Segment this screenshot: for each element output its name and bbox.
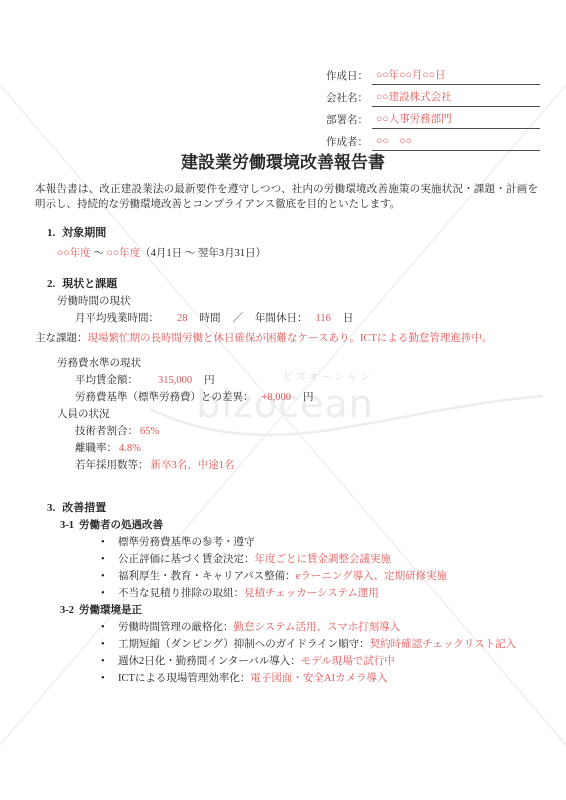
section-2-number: 2. <box>47 278 55 290</box>
period-to: ○○年度 <box>106 248 140 259</box>
personnel-value: 4.8% <box>119 443 141 454</box>
list-item: •公正評価に基づく賃金決定：年度ごとに賃金調整会議実施 <box>35 552 540 567</box>
item-value: 勤怠システム活用、スマホ打刻導入 <box>234 622 401 633</box>
period-line: ○○年度 ～ ○○年度（4月1日 ～ 翌年3月31日） <box>35 246 540 261</box>
company-label: 会社名： <box>326 90 372 107</box>
personnel-label: 若年採用数等： <box>75 460 149 471</box>
header-row-department: 部署名： ○○人事労務部門 <box>326 107 540 129</box>
list-item: •福利厚生・教育・キャリアパス整備：eラーニング導入、定期研修実施 <box>35 569 540 584</box>
subsection-3-1-title: 労働者の処遇改善 <box>79 520 163 531</box>
avg-wage-line: 平均賃金額：315,000円 <box>35 373 540 388</box>
item-label: 福利厚生・教育・キャリアパス整備： <box>118 571 296 582</box>
personnel-value: 65% <box>140 426 159 437</box>
section-1-title: 対象期間 <box>62 227 106 239</box>
item-label: 標準労務費基準の参考・遵守 <box>118 537 255 548</box>
period-note: （4月1日 ～ 翌年3月31日） <box>140 248 266 259</box>
overtime-label: 月平均残業時間： <box>75 313 159 324</box>
item-label: ICTによる現場管理効率化： <box>118 673 250 684</box>
section-1-heading: 1.対象期間 <box>35 226 540 241</box>
section-2-heading: 2.現状と課題 <box>35 277 540 292</box>
personnel-row: 若年採用数等：新卒3名、中途1名 <box>35 458 540 473</box>
list-item: •週休2日化・勤務間インターバル導入：モデル現場で試行中 <box>35 654 540 669</box>
date-label: 作成日： <box>326 68 372 85</box>
overtime-value: 28 <box>177 313 188 324</box>
document-page: ビズオーシャン bizocean 作成日： ○○年○○月○○日 会社名： ○○建… <box>0 0 566 800</box>
personnel-label: 離職率： <box>75 443 117 454</box>
section-1-number: 1. <box>47 227 55 239</box>
subsection-3-1-number: 3-1 <box>60 520 74 531</box>
company-value: ○○建設株式会社 <box>372 89 540 107</box>
item-value: eラーニング導入、定期研修実施 <box>296 571 447 582</box>
item-label: 労働時間管理の厳格化： <box>118 622 234 633</box>
wage-diff-value: +8,000 <box>262 392 292 403</box>
issues-line: 主な課題：現場繁忙期の長時間労働と休日確保が困難なケースあり。ICTによる勤怠管… <box>35 331 540 346</box>
wage-diff-label: 労務費基準（標準労務費）との差異： <box>75 392 254 403</box>
department-label: 部署名： <box>326 112 372 129</box>
holidays-label: 年間休日： <box>255 313 308 324</box>
avg-wage-unit: 円 <box>204 375 215 386</box>
labor-cost-title: 労務費水準の現状 <box>35 356 540 371</box>
list-item: •ICTによる現場管理効率化：電子図面・安全AIカメラ導入 <box>35 671 540 686</box>
section-3-heading: 3.改善措置 <box>35 501 540 516</box>
bullet-icon: • <box>101 535 105 550</box>
list-item: •工期短縮（ダンピング）抑制へのガイドライン順守：契約時確認チェックリスト記入 <box>35 637 540 652</box>
holidays-unit: 日 <box>343 313 354 324</box>
slash-separator: ／ <box>233 313 244 324</box>
item-label: 週休2日化・勤務間インターバル導入： <box>118 656 301 667</box>
subsection-3-2-heading: 3-2労働環境是正 <box>35 603 540 618</box>
bullet-icon: • <box>101 654 105 669</box>
bullet-icon: • <box>101 637 105 652</box>
holidays-value: 116 <box>316 313 331 324</box>
list-item: •労働時間管理の厳格化：勤怠システム活用、スマホ打刻導入 <box>35 620 540 635</box>
header-row-date: 作成日： ○○年○○月○○日 <box>326 63 540 85</box>
work-hours-title: 労働時間の現状 <box>35 294 540 309</box>
issues-label: 主な課題： <box>35 333 88 344</box>
header-row-company: 会社名： ○○建設株式会社 <box>326 85 540 107</box>
personnel-label: 技術者割合： <box>75 426 138 437</box>
page-title: 建設業労働環境改善報告書 <box>0 148 566 173</box>
overtime-line: 月平均残業時間：28時間／年間休日：116日 <box>35 311 540 326</box>
avg-wage-value: 315,000 <box>158 375 192 386</box>
period-tilde: ～ <box>93 248 104 259</box>
issues-value: 現場繁忙期の長時間労働と休日確保が困難なケースあり。ICTによる勤怠管理進捗中。 <box>88 333 493 344</box>
item-value: モデル現場で試行中 <box>301 656 395 667</box>
avg-wage-label: 平均賃金額： <box>75 375 138 386</box>
subsection-3-2-title: 労働環境是正 <box>79 605 142 616</box>
bullet-icon: • <box>101 620 105 635</box>
list-item: •不当な見積り排除の取組：見積チェッカーシステム運用 <box>35 586 540 601</box>
subsection-3-2-number: 3-2 <box>60 605 74 616</box>
subsection-3-1-heading: 3-1労働者の処遇改善 <box>35 518 540 533</box>
bullet-icon: • <box>101 552 105 567</box>
personnel-row: 離職率：4.8% <box>35 441 540 456</box>
document-content: 作成日： ○○年○○月○○日 会社名： ○○建設株式会社 部署名： ○○人事労務… <box>0 0 566 800</box>
item-value: 年度ごとに賃金調整会議実施 <box>255 554 392 565</box>
document-header-fields: 作成日： ○○年○○月○○日 会社名： ○○建設株式会社 部署名： ○○人事労務… <box>326 63 540 151</box>
wage-diff-unit: 円 <box>303 392 314 403</box>
section-2-title: 現状と課題 <box>62 278 117 290</box>
item-value: 電子図面・安全AIカメラ導入 <box>250 673 387 684</box>
bullet-icon: • <box>101 569 105 584</box>
section-3-title: 改善措置 <box>62 502 106 514</box>
item-label: 不当な見積り排除の取組： <box>118 588 244 599</box>
date-value: ○○年○○月○○日 <box>372 67 540 85</box>
overtime-unit: 時間 <box>200 313 221 324</box>
list-item: •標準労務費基準の参考・遵守 <box>35 535 540 550</box>
intro-paragraph: 本報告書は、改正建設業法の最新要件を遵守しつつ、社内の労働環境改善施策の実施状況… <box>35 182 538 212</box>
wage-diff-line: 労務費基準（標準労務費）との差異：+8,000円 <box>35 390 540 405</box>
section-3-number: 3. <box>47 502 55 514</box>
department-value: ○○人事労務部門 <box>372 111 540 129</box>
personnel-title: 人員の状況 <box>35 407 540 422</box>
bullet-icon: • <box>101 671 105 686</box>
personnel-row: 技術者割合：65% <box>35 424 540 439</box>
item-label: 公正評価に基づく賃金決定： <box>118 554 255 565</box>
bullet-icon: • <box>101 586 105 601</box>
sections: 1.対象期間 ○○年度 ～ ○○年度（4月1日 ～ 翌年3月31日） 2.現状と… <box>35 224 540 686</box>
item-value: 契約時確認チェックリスト記入 <box>370 639 516 650</box>
item-value: 見積チェッカーシステム運用 <box>244 588 379 599</box>
period-from: ○○年度 <box>57 248 91 259</box>
personnel-value: 新卒3名、中途1名 <box>151 460 235 471</box>
item-label: 工期短縮（ダンピング）抑制へのガイドライン順守： <box>118 639 370 650</box>
